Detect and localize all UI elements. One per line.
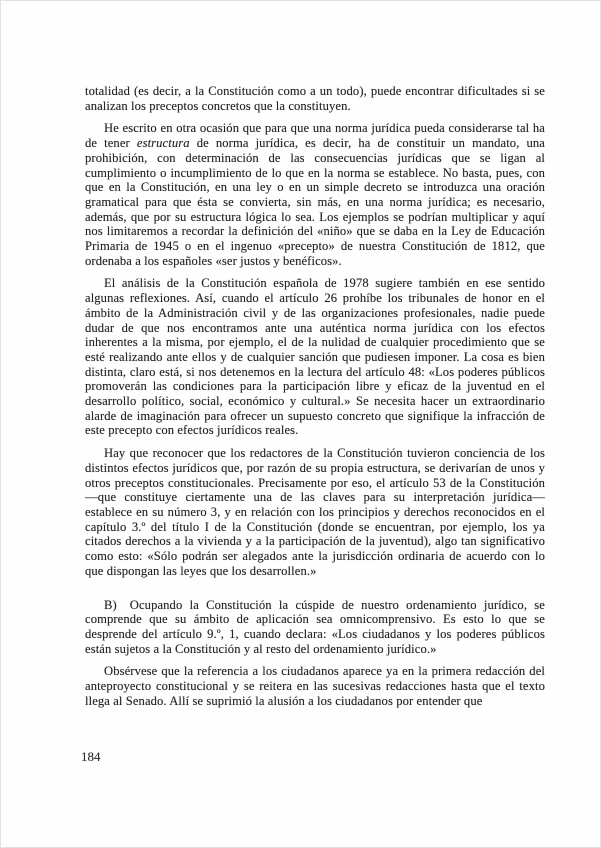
section-label: B) <box>104 598 130 612</box>
paragraph: El análisis de la Constitución española … <box>85 276 545 438</box>
paragraph: Hay que reconocer que los redactores de … <box>85 446 545 578</box>
page-number: 184 <box>81 749 101 765</box>
paragraph-text: El análisis de la Constitución española … <box>85 276 545 437</box>
paragraph-text: totalidad (es decir, a la Constitución c… <box>85 84 545 113</box>
paragraph: Obsérvese que la referencia a los ciudad… <box>85 664 545 708</box>
paragraph-text: de norma jurídica, es decir, ha de const… <box>85 136 545 268</box>
text-block: totalidad (es decir, a la Constitución c… <box>85 84 545 708</box>
paragraph-text: Ocupando la Constitución la cúspide de n… <box>85 598 545 656</box>
paragraph-section-b: B)Ocupando la Constitución la cúspide de… <box>85 598 545 657</box>
paragraph-text: Hay que reconocer que los redactores de … <box>85 446 545 578</box>
paragraph-continuation: totalidad (es decir, a la Constitución c… <box>85 84 545 113</box>
italic-term: estructura <box>137 136 190 150</box>
paragraph: He escrito en otra ocasión que para que … <box>85 121 545 268</box>
paragraph-text: Obsérvese que la referencia a los ciudad… <box>85 664 545 707</box>
scanned-book-page: totalidad (es decir, a la Constitución c… <box>0 0 601 848</box>
